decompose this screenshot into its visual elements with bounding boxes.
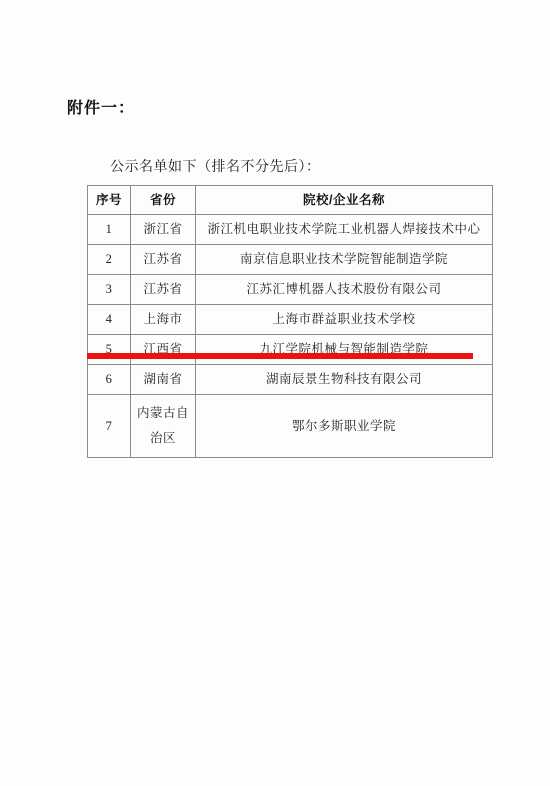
province-cell: 上海市	[131, 305, 196, 335]
province-cell: 江苏省	[131, 245, 196, 275]
serial-number-cell: 1	[88, 215, 131, 245]
institution-name-cell: 九江学院机械与智能制造学院	[196, 335, 493, 365]
province-cell: 浙江省	[131, 215, 196, 245]
table-row: 4 上海市 上海市群益职业技术学校	[88, 305, 493, 335]
table-row-highlighted: 5 江西省 九江学院机械与智能制造学院	[88, 335, 493, 365]
institution-name-cell: 南京信息职业技术学院智能制造学院	[196, 245, 493, 275]
table-row: 6 湖南省 湖南辰景生物科技有限公司	[88, 365, 493, 395]
header-institution-name: 院校/企业名称	[196, 186, 493, 215]
institution-name-cell: 上海市群益职业技术学校	[196, 305, 493, 335]
table-row: 7 内蒙古自治区 鄂尔多斯职业学院	[88, 395, 493, 458]
serial-number-cell: 6	[88, 365, 131, 395]
province-cell: 湖南省	[131, 365, 196, 395]
table-row: 2 江苏省 南京信息职业技术学院智能制造学院	[88, 245, 493, 275]
table-row: 1 浙江省 浙江机电职业技术学院工业机器人焊接技术中心	[88, 215, 493, 245]
header-serial-number: 序号	[88, 186, 131, 215]
province-cell: 江西省	[131, 335, 196, 365]
serial-number-cell: 2	[88, 245, 131, 275]
table-row: 3 江苏省 江苏汇博机器人技术股份有限公司	[88, 275, 493, 305]
serial-number-cell: 7	[88, 395, 131, 458]
attachment-title: 附件一：	[67, 95, 135, 118]
header-province: 省份	[131, 186, 196, 215]
public-list-table: 序号 省份 院校/企业名称 1 浙江省 浙江机电职业技术学院工业机器人焊接技术中…	[87, 185, 493, 458]
province-cell: 江苏省	[131, 275, 196, 305]
institution-name-cell: 湖南辰景生物科技有限公司	[196, 365, 493, 395]
serial-number-cell: 4	[88, 305, 131, 335]
province-cell: 内蒙古自治区	[131, 395, 196, 458]
serial-number-cell: 3	[88, 275, 131, 305]
table-header-row: 序号 省份 院校/企业名称	[88, 186, 493, 215]
intro-text: 公示名单如下（排名不分先后）：	[110, 156, 321, 176]
institution-name-cell: 浙江机电职业技术学院工业机器人焊接技术中心	[196, 215, 493, 245]
document-page: 附件一： 公示名单如下（排名不分先后）： 序号 省份 院校/企业名称 1 浙江省…	[0, 0, 550, 786]
red-highlight-line	[87, 353, 473, 359]
institution-name-cell: 江苏汇博机器人技术股份有限公司	[196, 275, 493, 305]
serial-number-cell: 5	[88, 335, 131, 365]
institution-name-cell: 鄂尔多斯职业学院	[196, 395, 493, 458]
